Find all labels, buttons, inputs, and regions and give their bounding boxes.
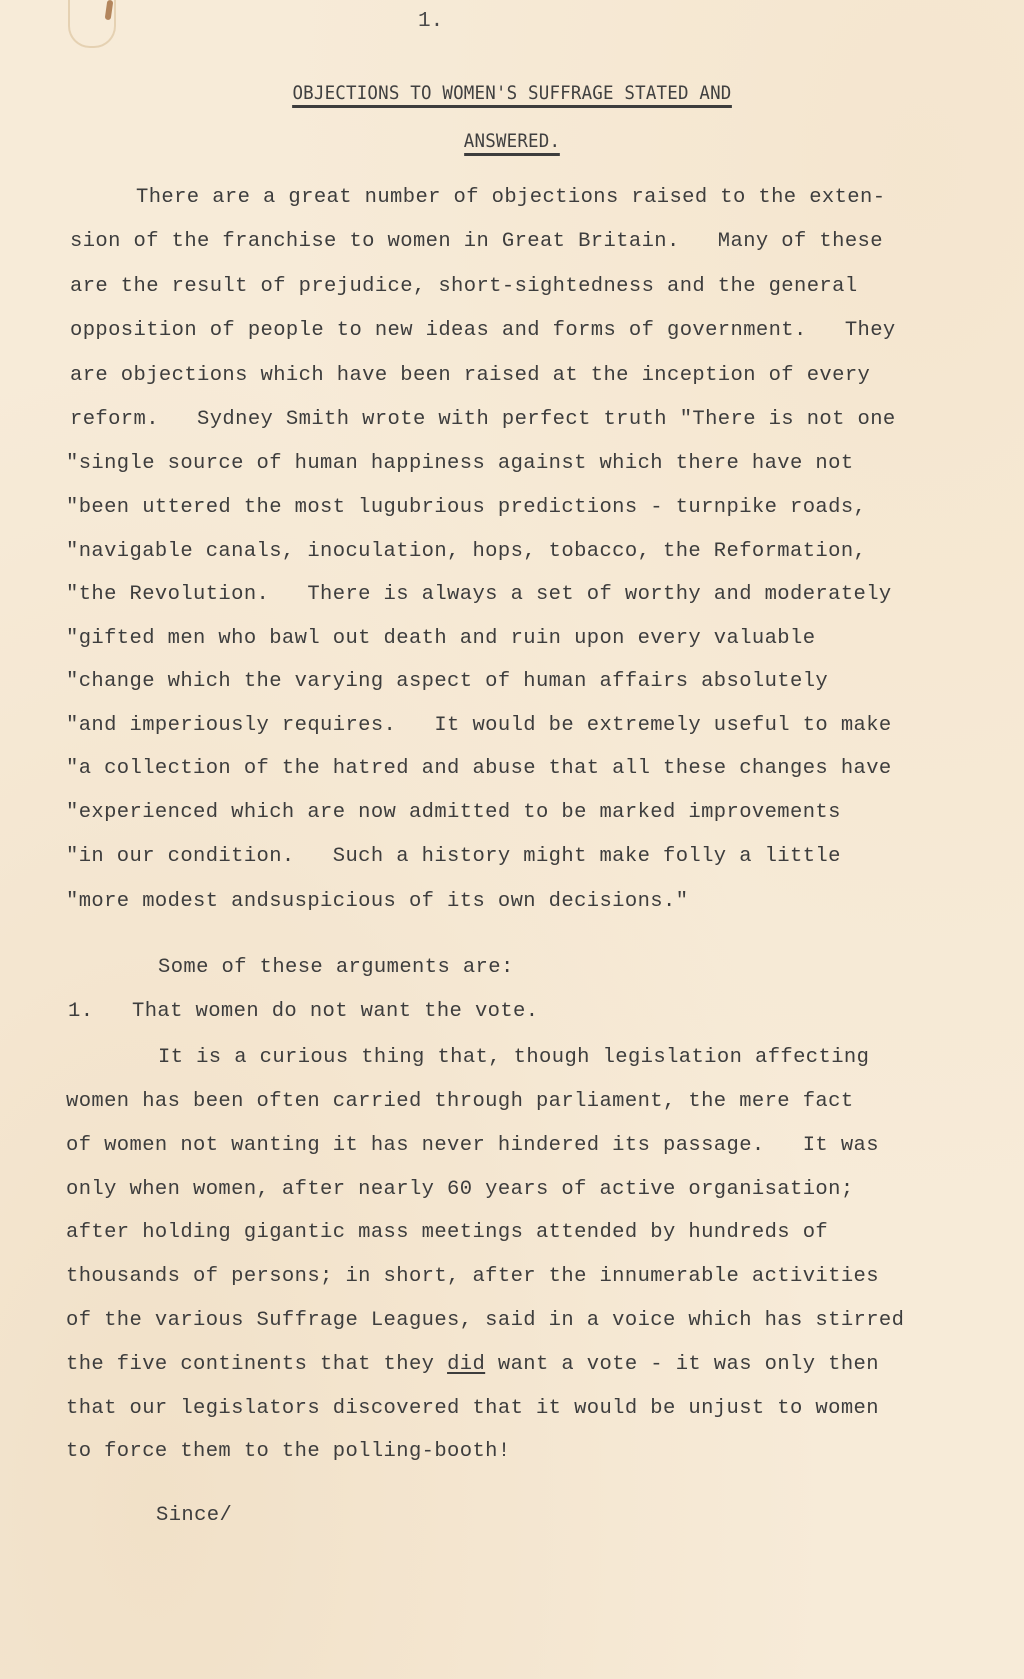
text-line: only when women, after nearly 60 years o… <box>66 1178 854 1201</box>
text-line: There are a great number of objections r… <box>136 186 885 209</box>
text-line: after holding gigantic mass meetings att… <box>66 1221 828 1244</box>
catchword: Since/ <box>156 1504 232 1527</box>
text-line: "been uttered the most lugubrious predic… <box>66 496 866 519</box>
argument-number: 1. <box>68 1000 93 1023</box>
text-line: "the Revolution. There is always a set o… <box>66 583 892 606</box>
text-line: thousands of persons; in short, after th… <box>66 1265 879 1288</box>
text-line: "a collection of the hatred and abuse th… <box>66 757 892 780</box>
text-line: to force them to the polling-booth! <box>66 1440 511 1463</box>
text-line: It is a curious thing that, though legis… <box>158 1046 869 1069</box>
text-line: "gifted men who bawl out death and ruin … <box>66 627 815 650</box>
argument-text: That women do not want the vote. <box>132 1000 538 1023</box>
text-line: "single source of human happiness agains… <box>66 452 854 475</box>
page-number: 1. <box>418 10 443 33</box>
document-title-line-1: OBJECTIONS TO WOMEN'S SUFFRAGE STATED AN… <box>41 82 983 104</box>
text-line: "change which the varying aspect of huma… <box>66 670 828 693</box>
text-line: "more modest andsuspicious of its own de… <box>66 890 688 913</box>
text-line: of the various Suffrage Leagues, said in… <box>66 1309 904 1332</box>
document-title-line-2: ANSWERED. <box>41 130 983 152</box>
text-line: that our legislators discovered that it … <box>66 1397 879 1420</box>
typewritten-page: 1. OBJECTIONS TO WOMEN'S SUFFRAGE STATED… <box>0 0 1024 1679</box>
text-line: "navigable canals, inoculation, hops, to… <box>66 540 866 563</box>
text-line: "in our condition. Such a history might … <box>66 845 841 868</box>
text-line: "and imperiously requires. It would be e… <box>66 714 892 737</box>
text-segment: the five continents that they <box>66 1353 447 1376</box>
text-line: are the result of prejudice, short-sight… <box>70 275 858 298</box>
text-line: sion of the franchise to women in Great … <box>70 230 883 253</box>
text-line: are objections which have been raised at… <box>70 364 870 387</box>
title-text-2: ANSWERED. <box>464 130 560 156</box>
text-line-with-emphasis: the five continents that they did want a… <box>66 1353 879 1376</box>
text-line: opposition of people to new ideas and fo… <box>70 319 896 342</box>
text-line: reform. Sydney Smith wrote with perfect … <box>70 408 896 431</box>
text-segment: want a vote - it was only then <box>485 1353 879 1376</box>
text-line: of women not wanting it has never hinder… <box>66 1134 879 1157</box>
text-line: women has been often carried through par… <box>66 1090 854 1113</box>
title-text-1: OBJECTIONS TO WOMEN'S SUFFRAGE STATED AN… <box>292 82 731 108</box>
arguments-intro: Some of these arguments are: <box>158 956 514 979</box>
text-line: "experienced which are now admitted to b… <box>66 801 841 824</box>
underlined-word: did <box>447 1353 485 1376</box>
